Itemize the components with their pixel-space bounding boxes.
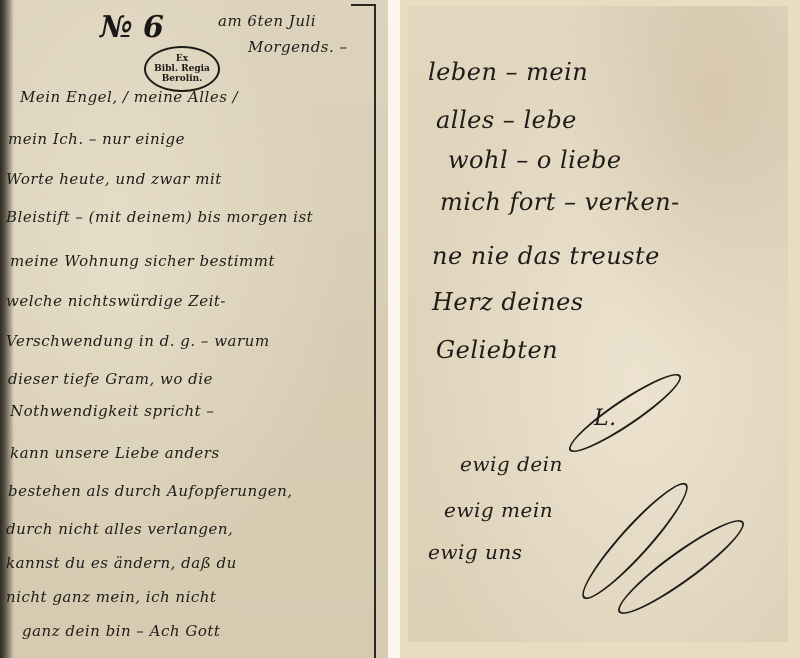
signature-flourish: [562, 365, 688, 461]
handwritten-line: Verschwendung in d. g. – warum: [6, 332, 270, 350]
stamp-line: Ex: [176, 54, 188, 64]
handwritten-line: kannst du es ändern, daß du: [6, 554, 237, 572]
page-border-rule: [351, 4, 376, 6]
left-page: № 6 am 6ten Juli Morgends. – Ex Bibl. Re…: [0, 0, 388, 658]
handwritten-line: Geliebten: [436, 336, 558, 364]
right-sheet: leben – mein alles – lebe wohl – o liebe…: [408, 6, 788, 642]
handwritten-line: mein Ich. – nur einige: [8, 130, 185, 148]
stamp-line: Berolin.: [162, 74, 203, 84]
handwritten-line: leben – mein: [428, 58, 588, 86]
stamp-line: Bibl. Regia: [154, 64, 210, 74]
handwritten-line: meine Wohnung sicher bestimmt: [10, 252, 275, 270]
right-page: leben – mein alles – lebe wohl – o liebe…: [400, 0, 800, 658]
handwritten-line: durch nicht alles verlangen,: [6, 520, 233, 538]
folio-number: № 6: [100, 10, 164, 45]
closing-line: ewig mein: [444, 498, 553, 522]
handwritten-line: Bleistift – (mit deinem) bis morgen ist: [6, 208, 313, 226]
handwritten-line: welche nichtswürdige Zeit-: [6, 292, 226, 310]
dateline-time: Morgends. –: [248, 38, 348, 56]
handwritten-line: ne nie das treuste: [432, 242, 660, 270]
handwritten-line: Mein Engel, / meine Alles /: [20, 88, 238, 106]
handwritten-line: mich fort – verken-: [440, 188, 680, 216]
signature-initial: L.: [594, 406, 617, 431]
dateline-date: am 6ten Juli: [218, 12, 316, 30]
closing-line: ewig uns: [428, 540, 523, 564]
handwritten-line: bestehen als durch Aufopferungen,: [8, 482, 293, 500]
page-gutter: [388, 0, 400, 658]
handwritten-line: Nothwendigkeit spricht –: [10, 402, 214, 420]
manuscript-spread: № 6 am 6ten Juli Morgends. – Ex Bibl. Re…: [0, 0, 800, 658]
handwritten-line: Herz deines: [432, 288, 584, 316]
library-stamp: Ex Bibl. Regia Berolin.: [144, 46, 220, 92]
handwritten-line: kann unsere Liebe anders: [10, 444, 220, 462]
handwritten-line: Worte heute, und zwar mit: [6, 170, 222, 188]
handwritten-line: alles – lebe: [436, 106, 577, 134]
closing-line: ewig dein: [460, 452, 563, 476]
handwritten-line: nicht ganz mein, ich nicht: [6, 588, 216, 606]
handwritten-line: dieser tiefe Gram, wo die: [8, 370, 213, 388]
handwritten-line: ganz dein bin – Ach Gott: [22, 622, 220, 640]
handwritten-line: wohl – o liebe: [448, 146, 622, 174]
